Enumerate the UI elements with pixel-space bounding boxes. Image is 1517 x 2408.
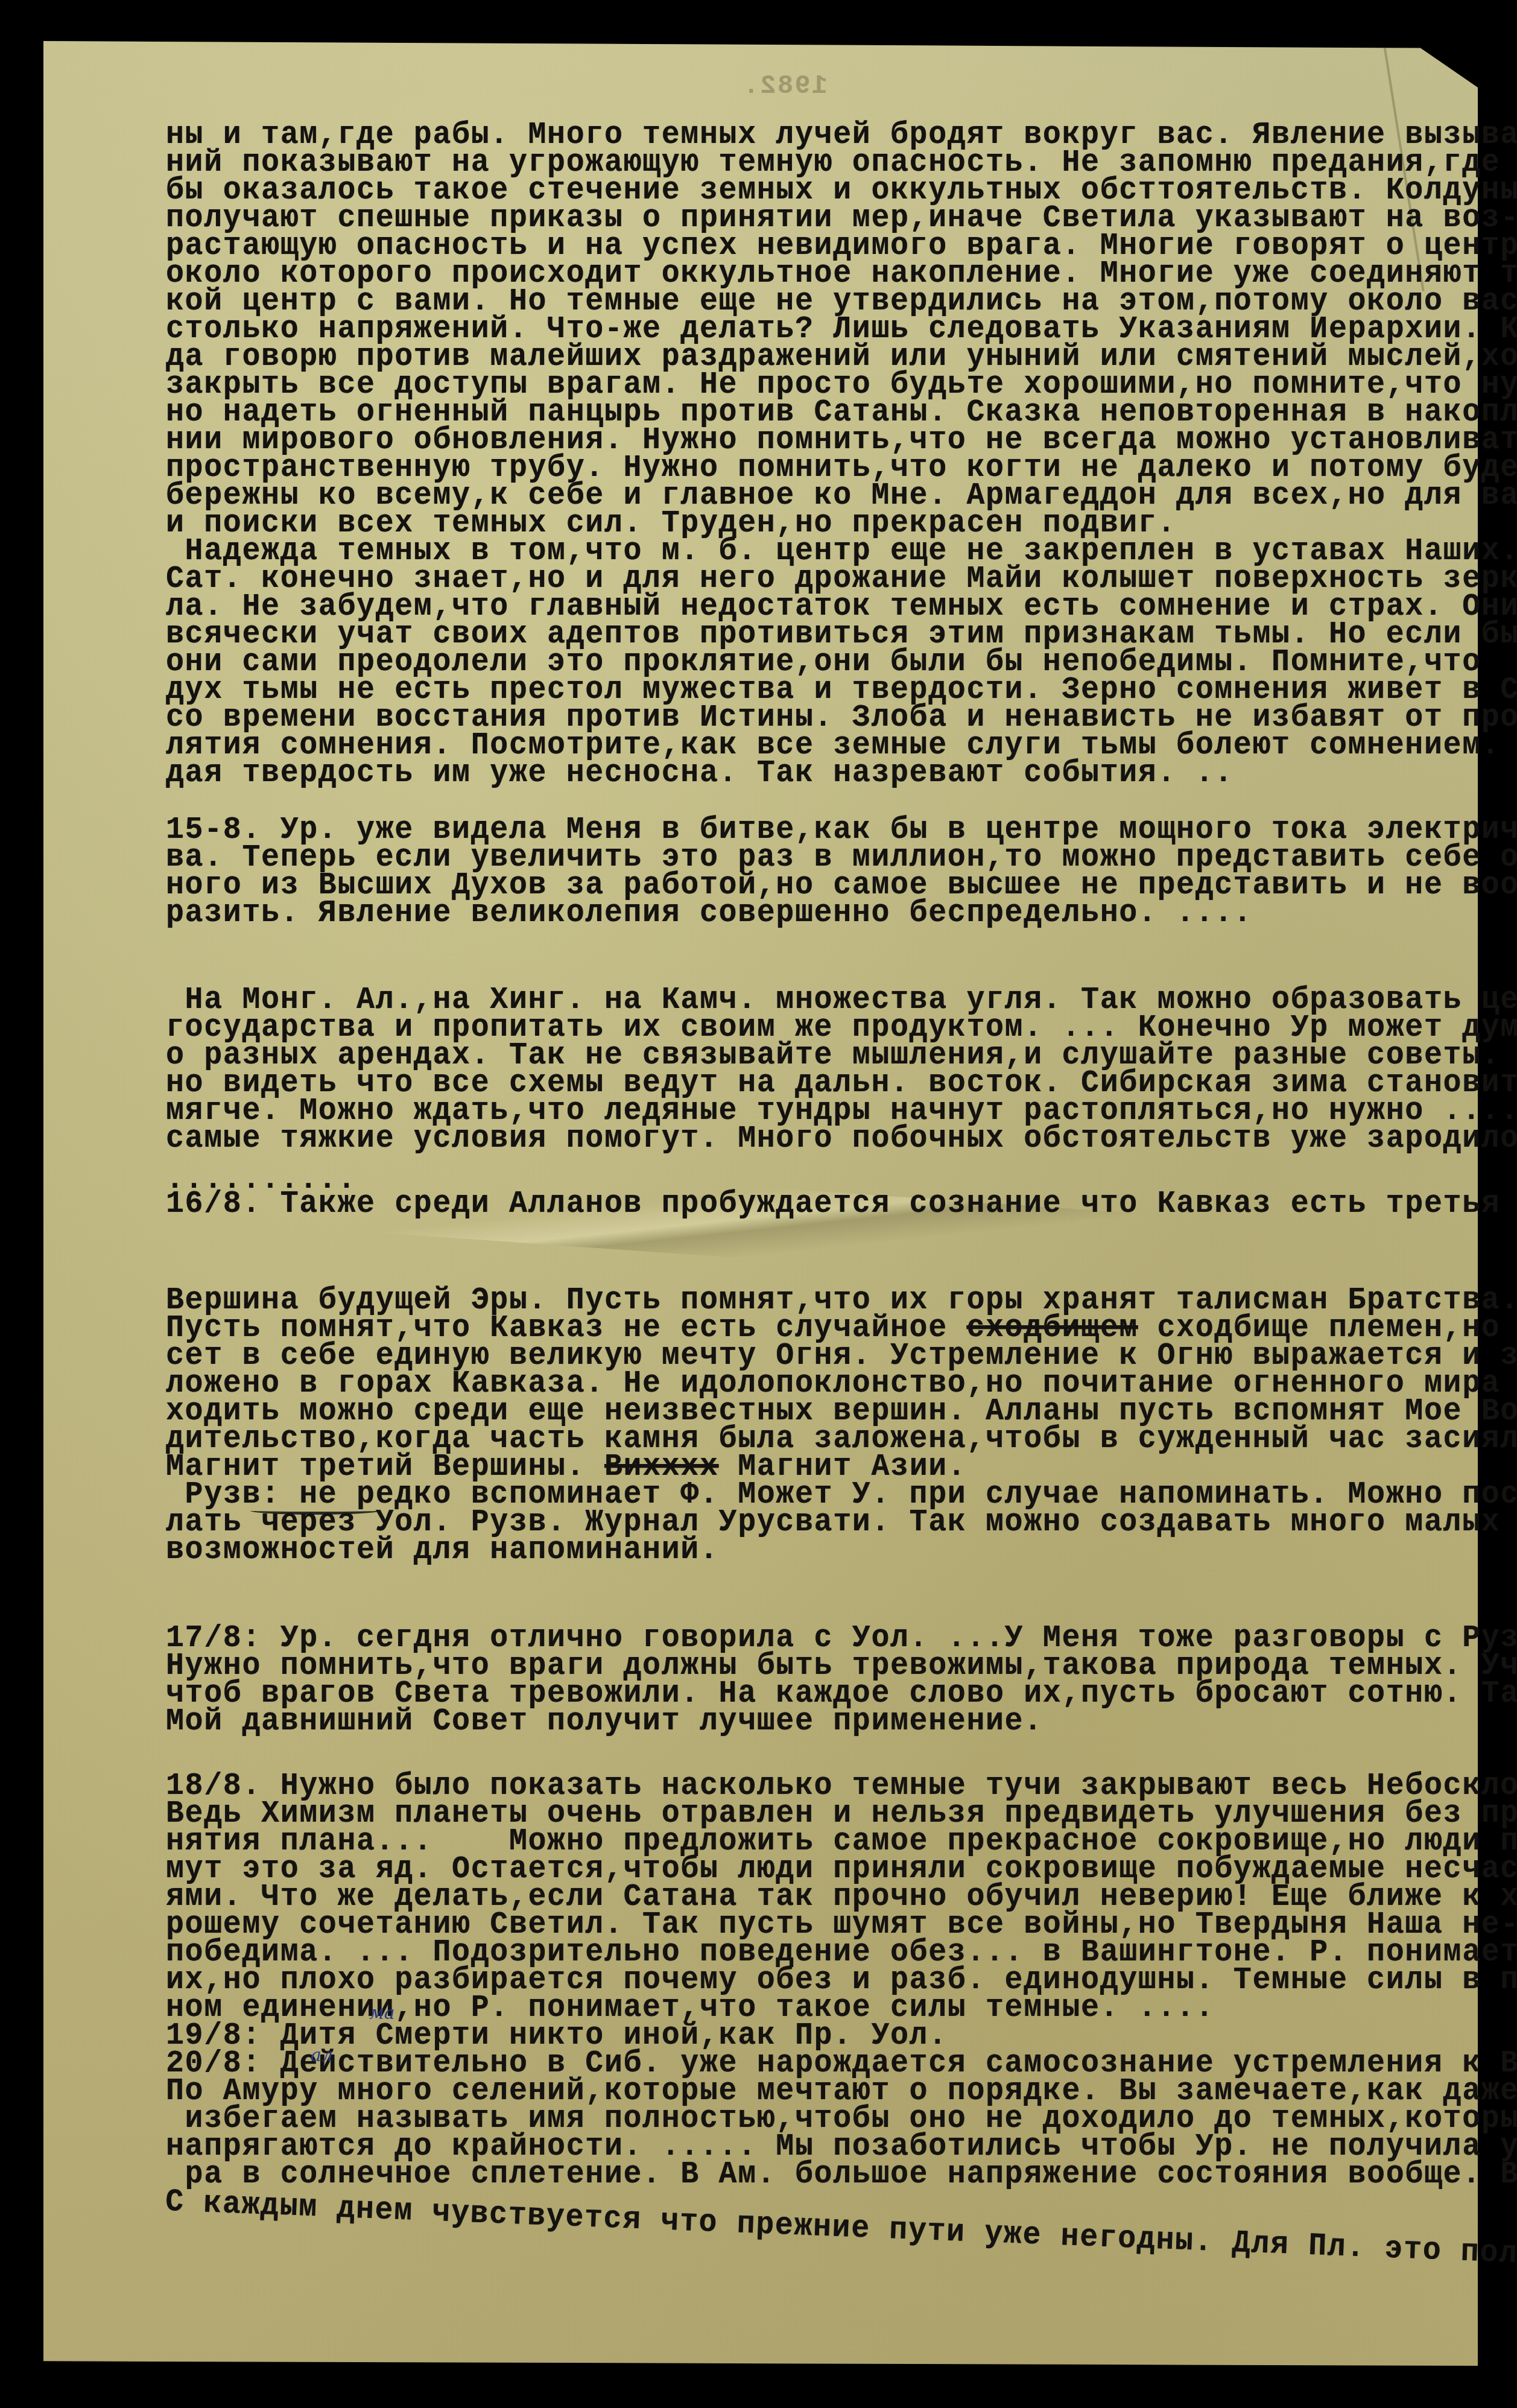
- bleed-through-mark: 1982.: [742, 71, 828, 101]
- entry-16-8: 16/8. Также среди Алланов пробуждается с…: [166, 1188, 1517, 1220]
- text-line: ра в солнечное сплетение. В Ам. большое …: [166, 2159, 1517, 2191]
- handwritten-annotation: ма: [369, 2003, 395, 2024]
- handwritten-annotation: ал: [311, 2045, 333, 2066]
- text-line: самые тяжкие условия помогут. Много побо…: [166, 1123, 1517, 1155]
- text-line: дая твердость им уже несносна. Так назре…: [166, 758, 1234, 790]
- text-line: возможностей для напоминаний.: [166, 1535, 719, 1567]
- text-line: разить. Явление великолепия совершенно б…: [166, 898, 1252, 930]
- text-line: Мой давнишний Совет получит лучшее приме…: [166, 1706, 1043, 1738]
